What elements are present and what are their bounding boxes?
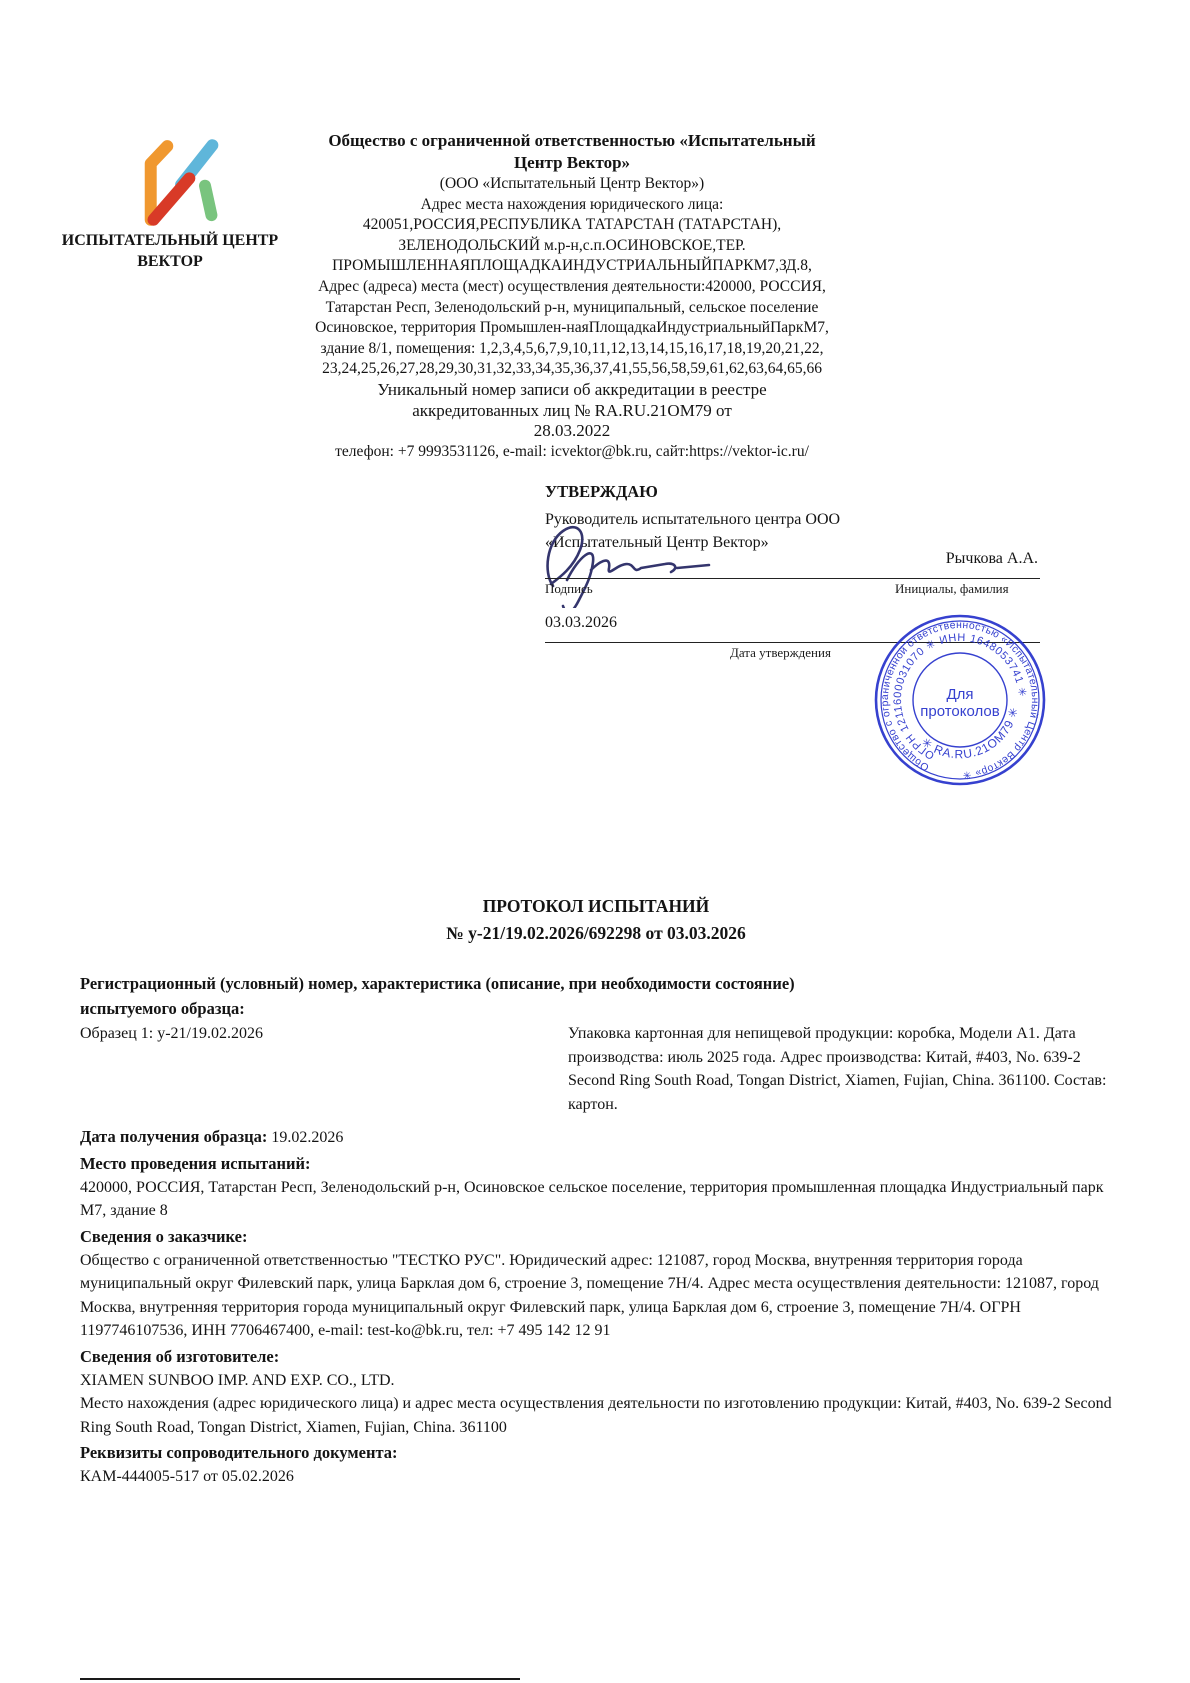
bottom-table-rule — [80, 1678, 520, 1680]
customer-text: Общество с ограниченной ответственностью… — [80, 1249, 1112, 1343]
legal-address-line1: 420051,РОССИЯ,РЕСПУБЛИКА ТАТАРСТАН (ТАТА… — [252, 215, 892, 236]
manufacturer-heading: Сведения об изготовителе: — [80, 1344, 1112, 1369]
signature-line — [545, 578, 1040, 579]
signer-name: Рычкова А.А. — [946, 550, 1038, 568]
test-report-page: ИСПЫТАТЕЛЬНЫЙ ЦЕНТР ВЕКТОР Общество с ог… — [0, 0, 1190, 1683]
signature-caption: Подпись — [545, 581, 593, 597]
accompanying-doc-value: КАМ-444005-517 от 05.02.2026 — [80, 1465, 1112, 1489]
reg-heading-line2: испытуемого образца: — [80, 996, 1112, 1021]
receive-date-value: 19.02.2026 — [271, 1129, 343, 1146]
sample-row: Образец 1: у-21/19.02.2026 Упаковка карт… — [80, 1022, 1112, 1116]
place-heading: Место проведения испытаний: — [80, 1151, 1112, 1176]
approve-word: УТВЕРЖДАЮ — [545, 482, 1040, 502]
stamp-center-line2: протоколов — [920, 703, 1000, 720]
activity-address-line1: Адрес (адреса) места (мест) осуществлени… — [252, 277, 892, 298]
logo-caption-line2: ВЕКТОР — [55, 251, 285, 272]
stamp-center-line1: Для — [946, 686, 973, 703]
legal-address-line2: ЗЕЛЕНОДОЛЬСКИЙ м.р-н,с.п.ОСИНОВСКОЕ,ТЕР. — [252, 236, 892, 257]
accreditation-line2: аккредитованных лиц № RA.RU.21ОМ79 от — [252, 401, 892, 422]
round-stamp: Общество с ограниченной ответственностью… — [868, 608, 1052, 792]
legal-address-label: Адрес места нахождения юридического лица… — [252, 195, 892, 216]
protocol-title: ПРОТОКОЛ ИСПЫТАНИЙ — [80, 893, 1112, 920]
legal-address-line3: ПРОМЫШЛЕННАЯПЛОЩАДКАИНДУСТРИАЛЬНЫЙПАРКМ7… — [252, 256, 892, 277]
place-text: 420000, РОССИЯ, Татарстан Респ, Зеленодо… — [80, 1176, 1112, 1223]
sample-id: Образец 1: у-21/19.02.2026 — [80, 1022, 568, 1116]
sample-description: Упаковка картонная для непищевой продукц… — [568, 1022, 1112, 1116]
protocol-number: № у-21/19.02.2026/692298 от 03.03.2026 — [80, 920, 1112, 947]
activity-address-line3: Осиновское, территория Промышлен-наяПлощ… — [252, 318, 892, 339]
name-caption: Инициалы, фамилия — [895, 581, 1009, 597]
logo-caption: ИСПЫТАТЕЛЬНЫЙ ЦЕНТР ВЕКТОР — [55, 230, 285, 272]
activity-address-line2: Татарстан Респ, Зеленодольский р-н, муни… — [252, 298, 892, 319]
vektor-logo-icon — [138, 136, 226, 228]
logo-caption-line1: ИСПЫТАТЕЛЬНЫЙ ЦЕНТР — [55, 230, 285, 251]
org-short-name: (ООО «Испытательный Центр Вектор») — [252, 174, 892, 195]
manufacturer-name: XIAMEN SUNBOO IMP. AND EXP. CO., LTD. — [80, 1369, 1112, 1393]
manufacturer-text: Место нахождения (адрес юридического лиц… — [80, 1392, 1112, 1439]
activity-address-line5: 23,24,25,26,27,28,29,30,31,32,33,34,35,3… — [252, 359, 892, 380]
accompanying-doc-heading: Реквизиты сопроводительного документа: — [80, 1440, 1112, 1465]
protocol-body: ПРОТОКОЛ ИСПЫТАНИЙ № у-21/19.02.2026/692… — [80, 893, 1112, 1489]
reg-heading-line1: Регистрационный (условный) номер, характ… — [80, 971, 1112, 996]
approval-date: 03.03.2026 — [545, 614, 617, 632]
approval-block: УТВЕРЖДАЮ Руководитель испытательного це… — [545, 482, 1040, 554]
customer-heading: Сведения о заказчике: — [80, 1224, 1112, 1249]
contacts-line: телефон: +7 9993531126, e-mail: icvektor… — [252, 442, 892, 463]
receive-date-row: Дата получения образца: 19.02.2026 — [80, 1125, 1112, 1150]
org-name-line1: Общество с ограниченной ответственностью… — [252, 130, 892, 152]
org-name-line2: Центр Вектор» — [252, 152, 892, 174]
date-caption: Дата утверждения — [730, 645, 831, 661]
letterhead-text: Общество с ограниченной ответственностью… — [252, 130, 892, 462]
accreditation-line1: Уникальный номер записи об аккредитации … — [252, 380, 892, 401]
receive-date-label: Дата получения образца: — [80, 1127, 267, 1146]
accreditation-line3: 28.03.2022 — [252, 421, 892, 442]
activity-address-line4: здание 8/1, помещения: 1,2,3,4,5,6,7,9,1… — [252, 339, 892, 360]
